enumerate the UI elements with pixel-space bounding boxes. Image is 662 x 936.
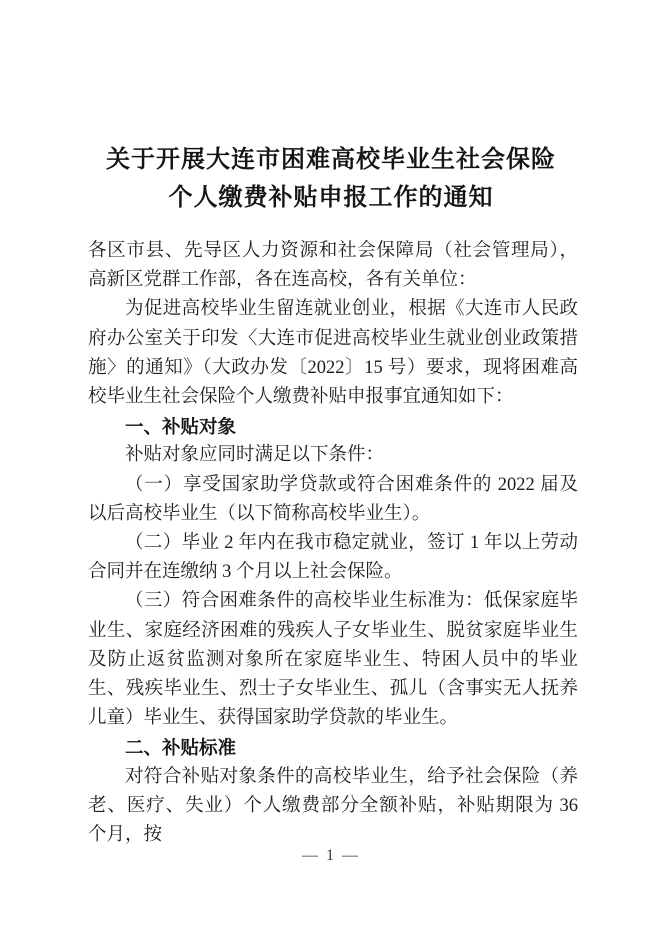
paragraph-condition-2: （二）毕业 2 年内在我市稳定就业，签订 1 年以上劳动合同并在连缴纳 3 个月… xyxy=(88,529,578,587)
footer-page-number: — 1 — xyxy=(0,847,662,865)
paragraph-conditions-intro: 补贴对象应同时满足以下条件： xyxy=(88,441,578,470)
paragraph-condition-3: （三）符合困难条件的高校毕业生标准为：低保家庭毕业生、家庭经济困难的残疾人子女毕… xyxy=(88,587,578,733)
title-line-2: 个人缴费补贴申报工作的通知 xyxy=(0,179,662,217)
paragraph-condition-1: （一）享受国家助学贷款或符合困难条件的 2022 届及以后高校毕业生（以下简称高… xyxy=(88,471,578,529)
paragraph-recipients: 各区市县、先导区人力资源和社会保障局（社会管理局），高新区党群工作部，各在连高校… xyxy=(88,237,578,295)
document-title: 关于开展大连市困难高校毕业生社会保险 个人缴费补贴申报工作的通知 xyxy=(0,141,662,217)
document-body: 各区市县、先导区人力资源和社会保障局（社会管理局），高新区党群工作部，各在连高校… xyxy=(88,237,578,850)
heading-subsidy-standard: 二、补贴标准 xyxy=(88,733,578,762)
document-page: 关于开展大连市困难高校毕业生社会保险 个人缴费补贴申报工作的通知 各区市县、先导… xyxy=(0,0,662,936)
paragraph-standard-detail: 对符合补贴对象条件的高校毕业生，给予社会保险（养老、医疗、失业）个人缴费部分全额… xyxy=(88,763,578,851)
heading-subsidy-target: 一、补贴对象 xyxy=(88,412,578,441)
paragraph-preamble: 为促进高校毕业生留连就业创业，根据《大连市人民政府办公室关于印发〈大连市促进高校… xyxy=(88,295,578,412)
title-line-1: 关于开展大连市困难高校毕业生社会保险 xyxy=(0,141,662,179)
